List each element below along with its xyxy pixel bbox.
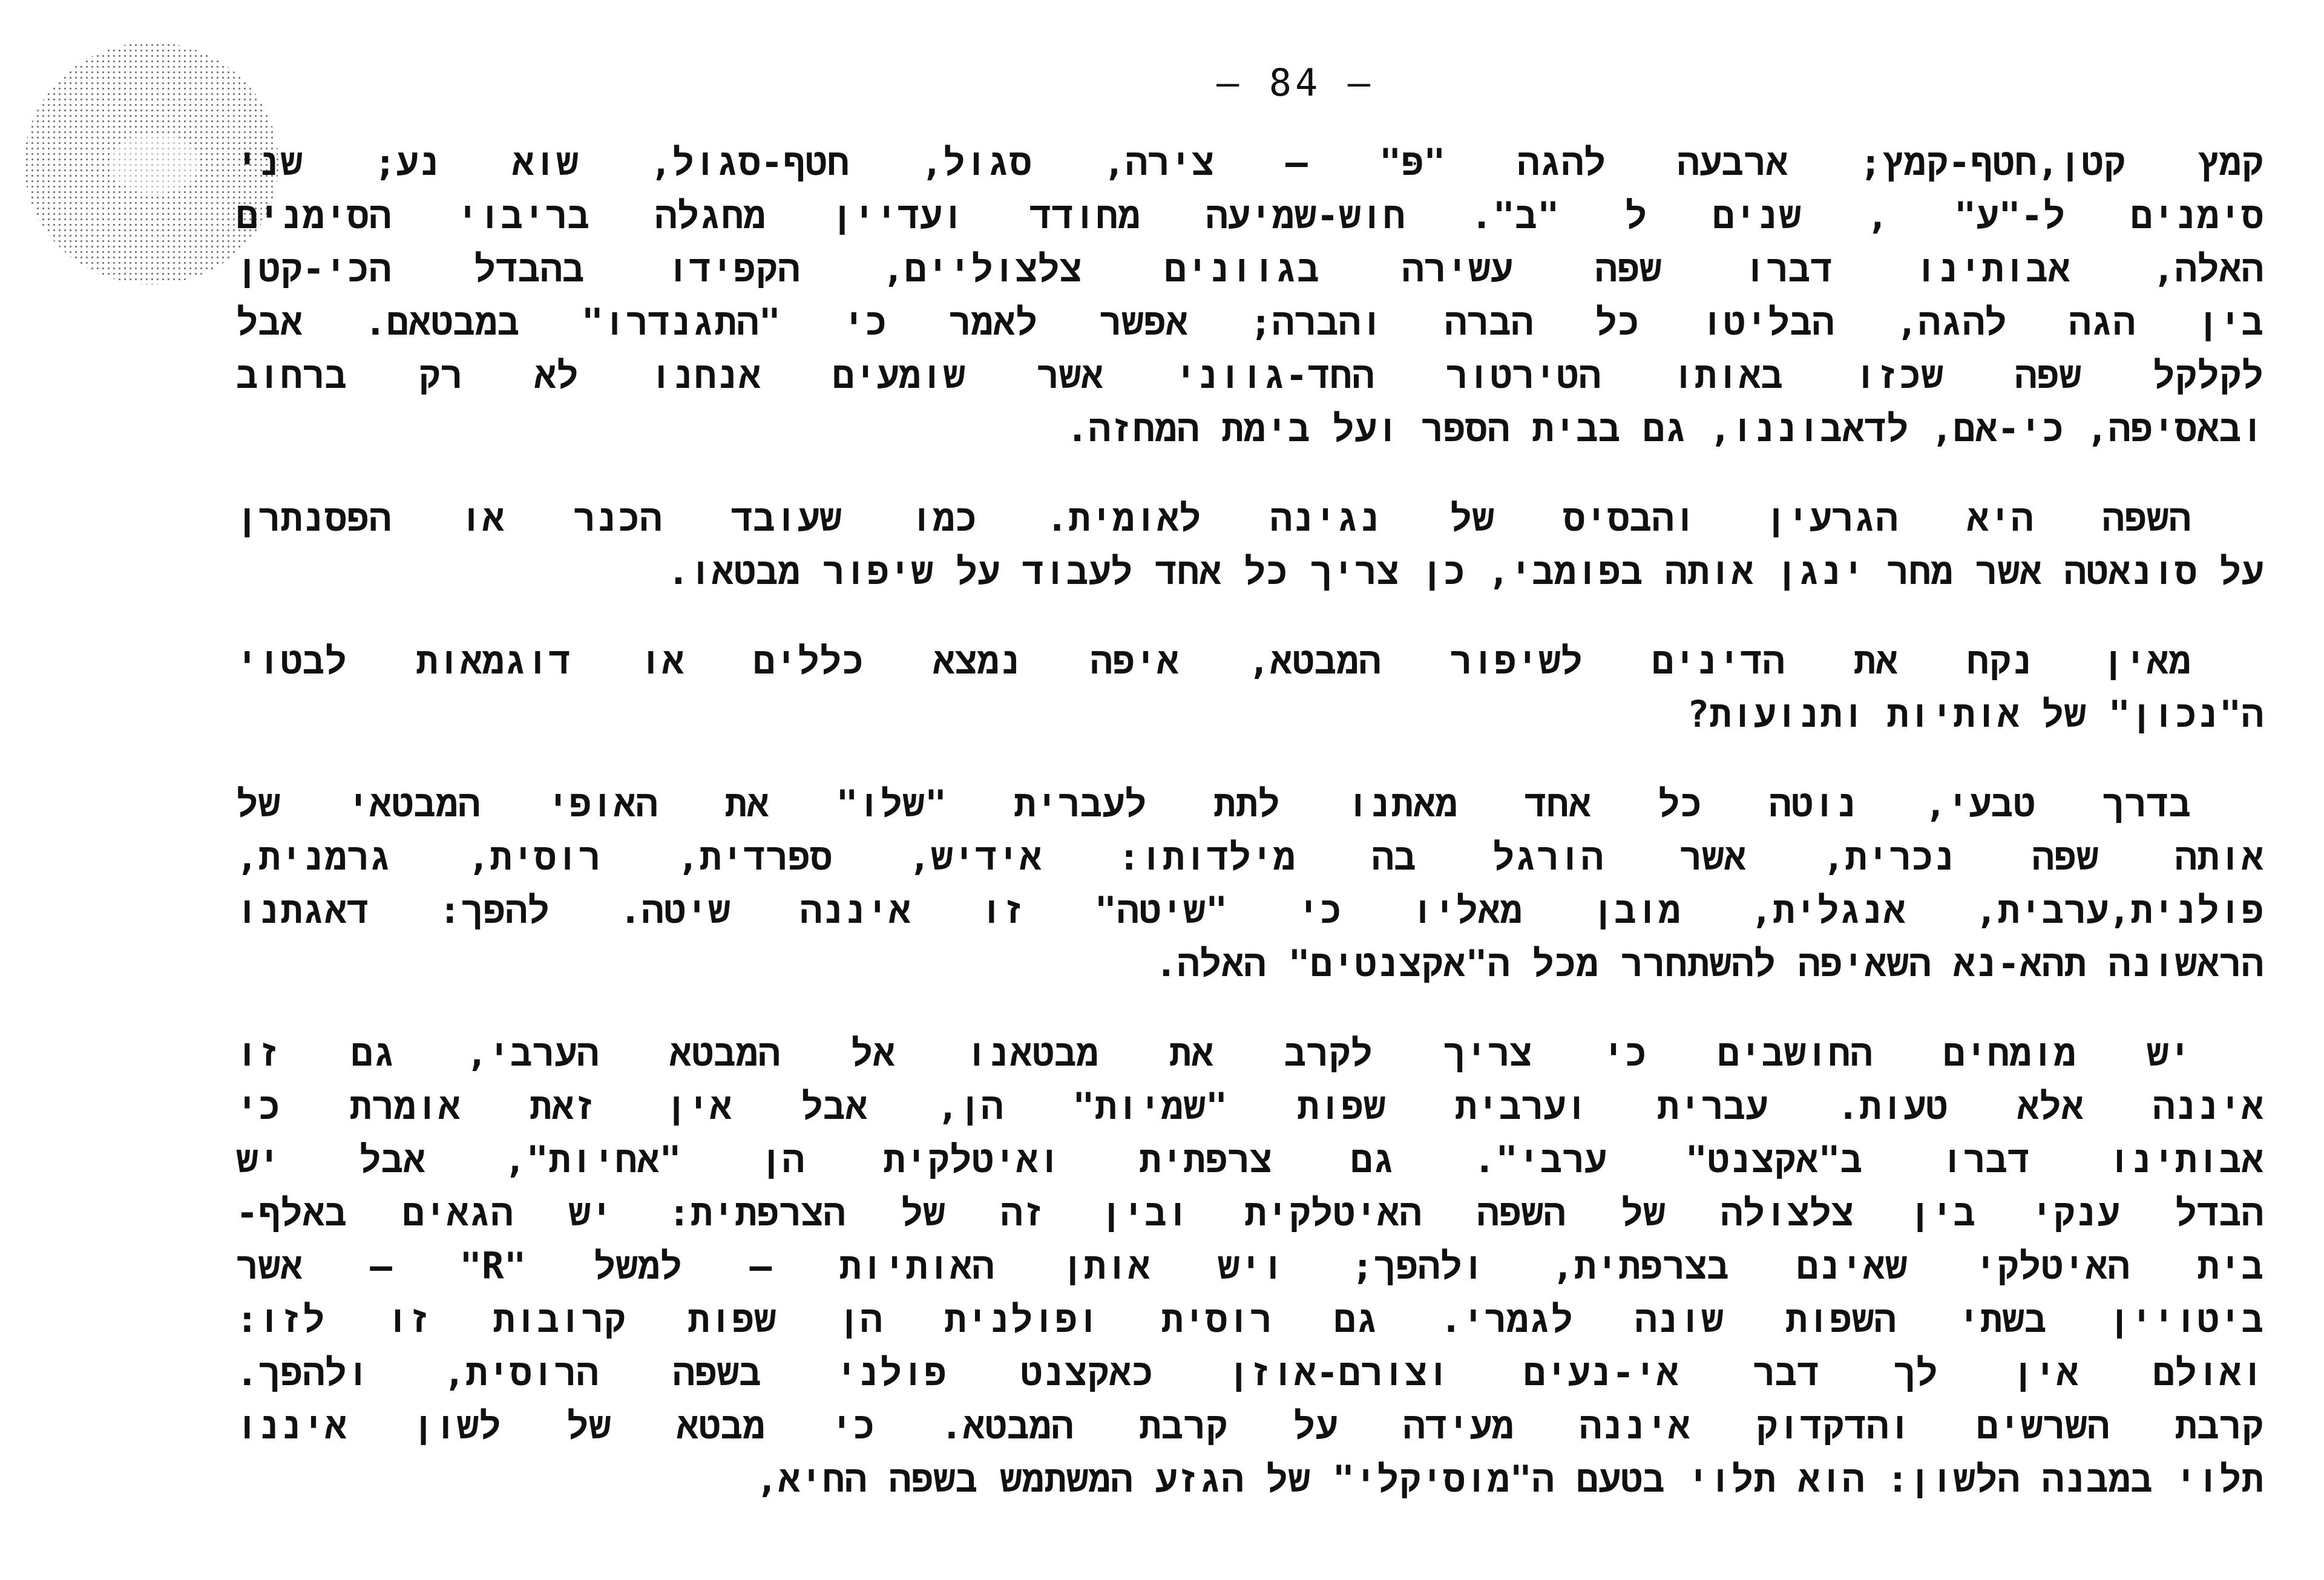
text-line: מאין נקח את הדינים לשיפור המבטא, איפה נמ… — [236, 635, 2263, 688]
text-line: איננה אלא טעות. עברית וערבית שפות "שמיות… — [236, 1080, 2263, 1133]
text-line: השפה היא הגרעין והבסיס של נגינה לאומית. … — [236, 492, 2263, 545]
text-line: על סונאטה אשר מחר ינגן אותה בפומבי, כן צ… — [236, 545, 2263, 598]
text-line: אבותינו דברו ב"אקצנט" ערבי". גם צרפתית ו… — [236, 1133, 2263, 1187]
text-line: ה"נכון" של אותיות ותנועות? — [236, 688, 2263, 741]
text-line: יש מומחים החושבים כי צריך לקרב את מבטאנו… — [236, 1027, 2263, 1080]
text-line: פולנית,ערבית, אנגלית, מובן מאליו כי "שיט… — [236, 884, 2263, 937]
text-line: תלוי במבנה הלשון: הוא תלוי בטעם ה"מוסיקל… — [236, 1453, 2263, 1506]
text-line: ובאסיפה, כי-אם, לדאבוננו, גם בבית הספר ו… — [236, 402, 2263, 456]
text-line: קרבת השרשים והדקדוק איננה מעידה על קרבת … — [236, 1400, 2263, 1453]
text-line: לקלקל שפה שכזו באותו הטירטור החד-גווני א… — [236, 349, 2263, 402]
paragraph: יש מומחים החושבים כי צריך לקרב את מבטאנו… — [236, 1027, 2263, 1506]
page-number: – 84 – — [1204, 61, 1386, 105]
text-line: ביטויין בשתי השפות שונה לגמרי. גם רוסית … — [236, 1293, 2263, 1346]
text-line: סימנים ל-"ע" , שנים ל "ב". חוש-שמיעה מחו… — [236, 189, 2263, 243]
paragraph: מאין נקח את הדינים לשיפור המבטא, איפה נמ… — [236, 635, 2263, 741]
text-line: בדרך טבעי, נוטה כל אחד מאתנו לתת לעברית … — [236, 778, 2263, 831]
paragraph: השפה היא הגרעין והבסיס של נגינה לאומית. … — [236, 492, 2263, 598]
text-line: האלה, אבותינו דברו שפה עשירה בגוונים צלצ… — [236, 243, 2263, 296]
text-line: הראשונה תהא-נא השאיפה להשתחרר מכל ה"אקצנ… — [236, 937, 2263, 991]
document-body: קמץ קטן,חטף-קמץ; ארבעה להגה "פּ" – צירה,… — [236, 136, 2263, 1506]
text-line: אותה שפה נכרית, אשר הורגל בה מילדותו: אי… — [236, 831, 2263, 884]
text-line: קמץ קטן,חטף-קמץ; ארבעה להגה "פּ" – צירה,… — [236, 136, 2263, 189]
paragraph: קמץ קטן,חטף-קמץ; ארבעה להגה "פּ" – צירה,… — [236, 136, 2263, 456]
text-line: בין הגה להגה, הבליטו כל הברה והברה; אפשר… — [236, 296, 2263, 349]
paragraph: בדרך טבעי, נוטה כל אחד מאתנו לתת לעברית … — [236, 778, 2263, 991]
scan-noise — [0, 1561, 605, 1564]
text-line: ואולם אין לך דבר אי-נעים וצורם-אוזן כאקצ… — [236, 1346, 2263, 1400]
text-line: בית האיטלקי שאינם בצרפתית, ולהפך; ויש או… — [236, 1240, 2263, 1293]
text-line: הבדל ענקי בין צלצולה של השפה האיטלקית וב… — [236, 1187, 2263, 1240]
stamp-center — [109, 133, 200, 194]
